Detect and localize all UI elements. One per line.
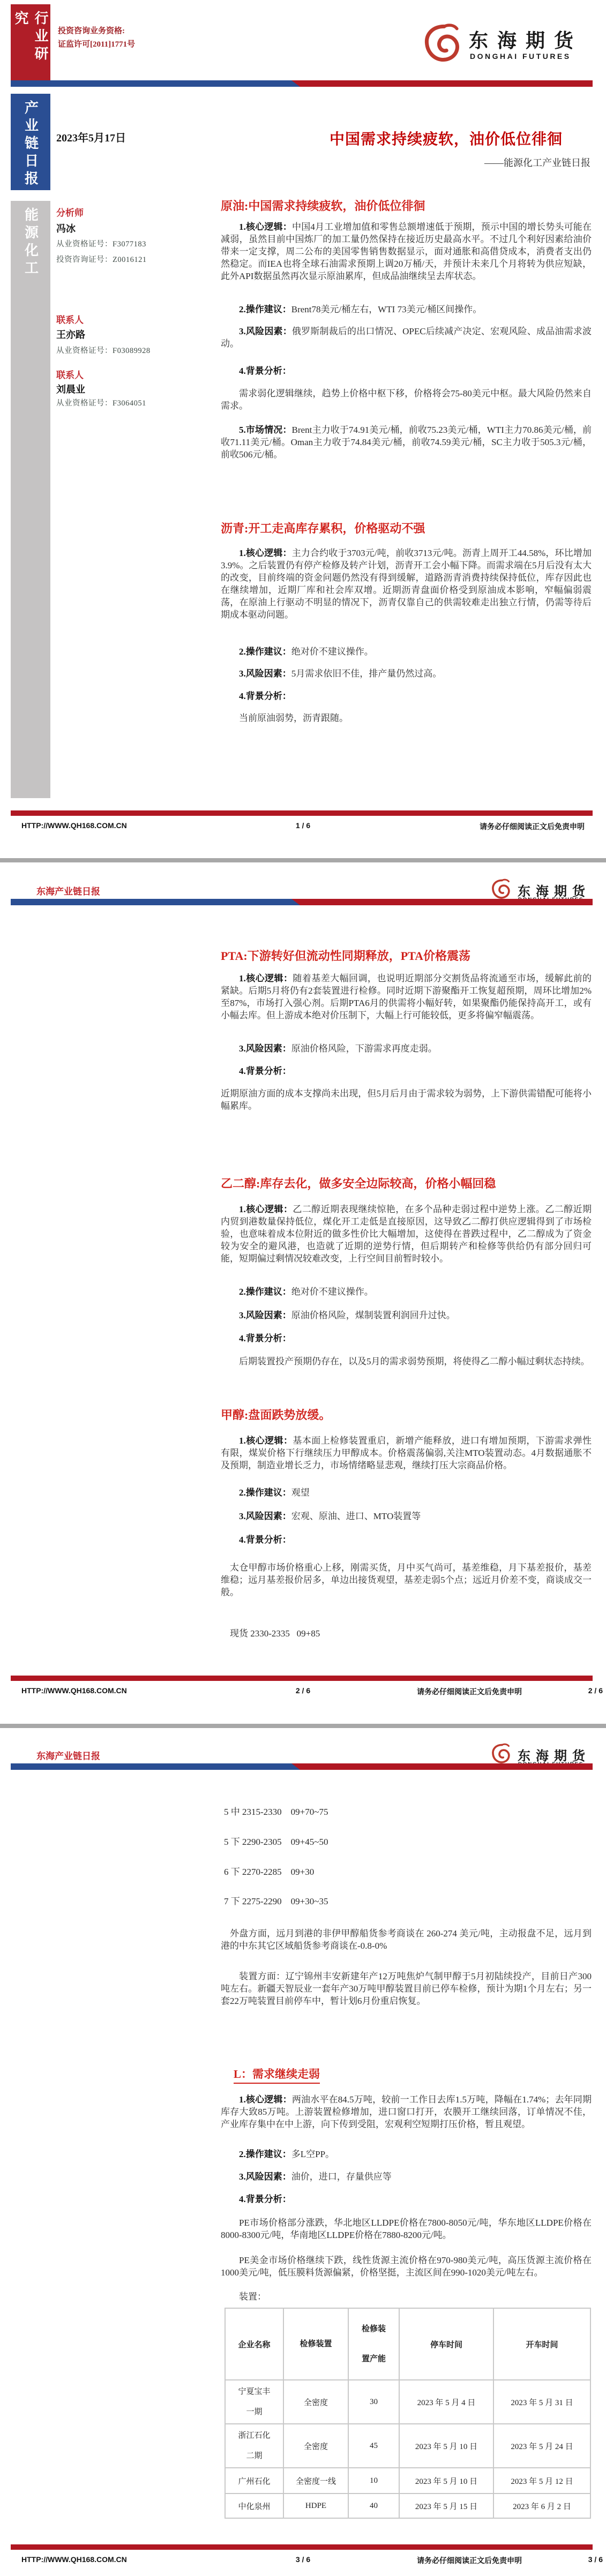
crude-advice: 2.操作建议：Brent78美元/桶左右，WTI 73美元/桶区间操作。 [221, 303, 592, 316]
item-label: 2.操作建议： [239, 647, 291, 657]
report-page-3: 东海产业链日报 东海期货 DONGHAI FUTURES 5 中 2315-23… [0, 1728, 606, 2576]
meg-risk: 3.风险因素：原油价格风险，煤制装置利润回升过快。 [221, 1309, 592, 1321]
col-stop-time: 停车时间 [399, 2308, 493, 2380]
footer-url: HTTP://WWW.QH168.COM.CN [21, 2555, 127, 2564]
cell-stop-time: 2023 年 5 月 4 日 [399, 2380, 493, 2424]
item-label: 3.风险因素： [239, 1043, 291, 1054]
sidebar-tab-chain-daily: 产业链日报 [11, 94, 50, 190]
item-label: 1.核心逻辑： [239, 548, 292, 558]
cell-start-time: 2023 年 5 月 31 日 [493, 2380, 590, 2424]
item-label: 3.风险因素： [239, 1511, 291, 1521]
item-text: Brent78美元/桶左右，WTI 73美元/桶区间操作。 [291, 304, 482, 314]
pta-core-logic: 1.核心逻辑：随着基差大幅回调，也说明近期部分交割货品将流通至市场，缓解此前的紧… [221, 972, 592, 1022]
cell-capacity: 30 [348, 2380, 399, 2424]
cell-unit: 全密度 [283, 2424, 348, 2468]
sidebar-tab-energy-chem: 能源化工 [11, 201, 50, 798]
page-header-title: 东海产业链日报 [36, 884, 100, 897]
item-label: 3.风险因素： [239, 1310, 291, 1320]
crude-core-logic: 1.核心逻辑：中国4月工业增加值和零售总额增速低于预期，预示中国的增长势头可能在… [221, 221, 592, 282]
meg-background-label: 4.背景分析： [221, 1332, 592, 1345]
cell-start-time: 2023 年 6 月 2 日 [493, 2494, 590, 2518]
lldpe-heading: L：需求继续走弱 [234, 2066, 320, 2084]
footer-bar [11, 810, 593, 816]
sidebar-tab-industry-research: 行业研究 [11, 4, 50, 80]
header-bar-blue [11, 1763, 300, 1770]
report-date: 2023年5月17日 [56, 129, 126, 145]
col-capacity: 检修装 置产能 [348, 2308, 399, 2380]
item-label: 5.市场情况： [239, 425, 292, 435]
item-text: 多L空PP。 [291, 2149, 334, 2159]
pe-usd-para: PE美金市场价格继续下跌，线性货源主流价格在970-980美元/吨，高压货源主流… [221, 2254, 592, 2279]
donghai-dragon-logo-icon [422, 21, 467, 67]
table-header-row: 企业名称 检修装置 检修装 置产能 停车时间 开车时间 [225, 2308, 590, 2380]
item-label: 1.核心逻辑： [239, 973, 293, 983]
footer-url: HTTP://WWW.QH168.COM.CN [21, 821, 127, 830]
item-label: 2.操作建议： [239, 2149, 291, 2159]
page-header-title: 东海产业链日报 [36, 1748, 100, 1762]
footer-url: HTTP://WWW.QH168.COM.CN [21, 1686, 127, 1695]
pta-background-label: 4.背景分析： [221, 1065, 592, 1077]
methanol-risk: 3.风险因素：宏观、原油、进口、MTO装置等 [221, 1510, 592, 1522]
asphalt-advice: 2.操作建议：绝对价不建议操作。 [221, 645, 592, 658]
cell-unit: 全密度一线 [283, 2468, 348, 2494]
report-subtitle: ——能源化工产业链日报 [423, 155, 590, 169]
item-label: 1.核心逻辑： [239, 1436, 293, 1446]
item-text: 原油价格风险，煤制装置利润回升过快。 [291, 1310, 455, 1320]
item-label: 3.风险因素： [239, 2172, 291, 2182]
page-number-right: 2 / 6 [588, 1686, 603, 1695]
report-page-1: 行业研究 投资咨询业务资格: 证监许可[2011]1771号 东海期货 DONG… [0, 0, 606, 858]
footer-bar [11, 2544, 593, 2550]
item-text: 观望 [291, 1488, 310, 1498]
item-label: 1.核心逻辑： [239, 2094, 292, 2105]
device-table-label: 装置： [221, 2290, 592, 2303]
methanol-price-line: 5 中 2315-2330 09+70~75 [224, 1806, 595, 1818]
item-text: 绝对价不建议操作。 [291, 647, 373, 657]
asphalt-core-logic: 1.核心逻辑：主力合约收于3703元/吨，前收3713元/吨。沥青上周开工44.… [221, 547, 592, 621]
asphalt-background-text: 当前原油弱势，沥青跟随。 [221, 712, 592, 724]
methanol-advice: 2.操作建议：观望 [221, 1486, 592, 1499]
lldpe-risk: 3.风险因素：油价，进口，存量供应等 [221, 2171, 592, 2183]
pe-market-para: PE市场价格部分涨跌，华北地区LLDPE价格在7800-8050元/吨，华东地区… [221, 2217, 592, 2241]
item-text: 主力合约收于3703元/吨，前收3713元/吨。沥青上周开工44.58%，环比增… [221, 548, 592, 620]
table-row: 浙江石化 二期 全密度 45 2023 年 5 月 10 日 2023 年 5 … [225, 2424, 590, 2468]
methanol-external-market: 外盘方面，远月到港的非伊甲醇船货参考商谈在 260-274 美元/吨，主动报盘不… [221, 1927, 592, 1952]
item-label: 3.风险因素： [239, 669, 291, 679]
analyst-name: 冯冰 [56, 221, 76, 235]
contact-role: 联系人 [56, 367, 84, 381]
footer-bar [11, 1676, 593, 1681]
sidebar-tab-label: 能源化工 [21, 207, 41, 278]
item-label: 2.操作建议： [239, 1287, 291, 1297]
item-label: 2.操作建议： [239, 1488, 291, 1498]
footer-disclaimer: 请务必仔细阅读正文后免责申明 [417, 2555, 522, 2566]
col-company: 企业名称 [225, 2308, 283, 2380]
cell-stop-time: 2023 年 5 月 15 日 [399, 2494, 493, 2518]
item-label: 2.操作建议： [239, 304, 291, 314]
methanol-price-line: 7 下 2275-2290 09+30~35 [224, 1895, 595, 1907]
methanol-background-label: 4.背景分析： [221, 1534, 592, 1546]
methanol-background-text: 太仓甲醇市场价格重心上移，刚需买货，月中买气尚可，基差维稳，月下基差报价，基差维… [221, 1561, 592, 1598]
cell-capacity: 10 [348, 2468, 399, 2494]
methanol-core-logic: 1.核心逻辑：基本面上检修装置重启，新增产能释放，进口有增加预期，下游需求弹性有… [221, 1435, 592, 1471]
page-divider [0, 858, 606, 862]
crude-background-label: 4.背景分析： [221, 365, 592, 377]
analyst-role: 分析师 [56, 205, 84, 219]
meg-advice: 2.操作建议：绝对价不建议操作。 [221, 1286, 592, 1298]
cell-unit: HDPE [283, 2494, 348, 2518]
cell-start-time: 2023 年 5 月 12 日 [493, 2468, 590, 2494]
cell-company: 中化泉州 [225, 2494, 283, 2518]
license-line1: 投资咨询业务资格: [58, 25, 135, 38]
item-label: 3.风险因素： [239, 326, 292, 336]
cell-start-time: 2023 年 5 月 24 日 [493, 2424, 590, 2468]
cell-capacity: 45 [348, 2424, 399, 2468]
item-text: 原油价格风险，下游需求再度走弱。 [291, 1043, 437, 1054]
table-row: 广州石化 全密度一线 10 2023 年 5 月 10 日 2023 年 5 月… [225, 2468, 590, 2494]
footer-disclaimer: 请务必仔细阅读正文后免责申明 [417, 1686, 522, 1697]
report-page-2: 东海产业链日报 东海期货 DONGHAI FUTURES PTA:下游转好但流动… [0, 862, 606, 1724]
methanol-price-line: 5 下 2290-2305 09+45~50 [224, 1836, 595, 1848]
col-start-time: 开车时间 [493, 2308, 590, 2380]
item-label: 4.背景分析： [239, 691, 291, 701]
contact-cert: 从业资格证号：F03089928 [56, 344, 151, 356]
cell-company: 宁夏宝丰 一期 [225, 2380, 283, 2424]
table-row: 中化泉州 HDPE 40 2023 年 5 月 15 日 2023 年 6 月 … [225, 2494, 590, 2518]
page-divider [0, 1724, 606, 1728]
lldpe-core-logic: 1.核心逻辑：两油水平在84.5万吨，较前一工作日去库1.5万吨，降幅在1.74… [221, 2093, 592, 2130]
crude-market: 5.市场情况：Brent主力收于74.91美元/桶，前收75.23美元/桶，WT… [221, 424, 592, 461]
lldpe-background-label: 4.背景分析： [221, 2193, 592, 2205]
asphalt-heading: 沥青:开工走高库存累积，价格驱动不强 [221, 520, 425, 536]
item-label: 4.背景分析： [239, 1535, 291, 1545]
cell-company: 浙江石化 二期 [225, 2424, 283, 2468]
table-row: 宁夏宝丰 一期 全密度 30 2023 年 5 月 4 日 2023 年 5 月… [225, 2380, 590, 2424]
item-label: 1.核心逻辑： [239, 222, 292, 232]
lldpe-advice: 2.操作建议：多L空PP。 [221, 2148, 592, 2160]
methanol-spot-line: 现货 2330-2335 09+85 [221, 1627, 592, 1640]
cell-stop-time: 2023 年 5 月 10 日 [399, 2424, 493, 2468]
asphalt-risk: 3.风险因素：5月需求依旧不佳，排产量仍然过高。 [221, 667, 592, 680]
header-bar-blue [11, 899, 300, 905]
item-label: 4.背景分析： [239, 1333, 291, 1343]
contact-name: 王亦路 [56, 327, 85, 341]
cell-stop-time: 2023 年 5 月 10 日 [399, 2468, 493, 2494]
header-bar-blue [11, 80, 300, 87]
crude-risk: 3.风险因素：俄罗斯制裁后的出口情况、OPEC后续减产决定、宏观风险、成品油需求… [221, 325, 592, 350]
methanol-price-line: 6 下 2270-2285 09+30 [224, 1866, 595, 1878]
pta-background-text: 近期原油方面的成本支撑尚未出现，但5月后月由于需求较为弱势，上下游供需错配可能将… [221, 1087, 592, 1112]
contact-role: 联系人 [56, 312, 84, 326]
contact-cert: 从业资格证号：F3064051 [56, 397, 146, 408]
item-label: 4.背景分析： [239, 366, 291, 376]
methanol-heading: 甲醇:盘面跌势放缓。 [221, 1406, 331, 1423]
item-text: 宏观、原油、进口、MTO装置等 [291, 1511, 421, 1521]
brand-name-en: DONGHAI FUTURES [470, 52, 571, 61]
item-text: 绝对价不建议操作。 [291, 1287, 373, 1297]
item-label: 4.背景分析： [239, 2194, 291, 2204]
pta-risk: 3.风险因素：原油价格风险，下游需求再度走弱。 [221, 1042, 592, 1055]
cell-capacity: 40 [348, 2494, 399, 2518]
methanol-device-news: 装置方面：辽宁锦州丰安新建年产12万吨焦炉气制甲醇于5月初陆续投产，目前日产30… [221, 1970, 592, 2007]
asphalt-background-label: 4.背景分析： [221, 690, 592, 702]
item-text: 油价，进口，存量供应等 [291, 2172, 392, 2182]
maintenance-table: 企业名称 检修装置 检修装 置产能 停车时间 开车时间 宁夏宝丰 一期 全密度 … [225, 2308, 591, 2519]
sidebar-tab-label: 产业链日报 [21, 100, 41, 189]
report-title: 中国需求持续疲软，油价低位徘徊 [300, 127, 592, 149]
license-block: 投资咨询业务资格: 证监许可[2011]1771号 [58, 25, 135, 51]
crude-oil-heading: 原油:中国需求持续疲软，油价低位徘徊 [221, 197, 425, 214]
item-label: 1.核心逻辑： [239, 1204, 293, 1214]
pta-heading: PTA:下游转好但流动性同期释放，PTA价格震荡 [221, 947, 470, 964]
page-number-right: 3 / 6 [588, 2555, 603, 2564]
item-text: 5月需求依旧不佳，排产量仍然过高。 [291, 669, 442, 679]
contact-name: 刘晨业 [56, 382, 85, 396]
meg-core-logic: 1.核心逻辑：乙二醇近期表现继续惊艳，在多个品种走弱过程中逆势上涨。乙二醇近期内… [221, 1203, 592, 1265]
license-line2: 证监许可[2011]1771号 [58, 38, 135, 51]
analyst-cert: 从业资格证号：F3077183 [56, 238, 146, 249]
meg-background-text: 后期装置投产预期仍存在，以及5月的需求弱势预期，将使得乙二醇小幅过剩状态持续。 [221, 1355, 592, 1368]
footer-disclaimer: 请务必仔细阅读正文后免责申明 [480, 821, 585, 832]
col-unit: 检修装置 [283, 2308, 348, 2380]
sidebar-tab-label: 行业研究 [11, 11, 50, 80]
cell-company: 广州石化 [225, 2468, 283, 2494]
meg-heading: 乙二醇:库存去化，做多安全边际较高，价格小幅回稳 [221, 1175, 496, 1191]
crude-background-text: 需求弱化逻辑继续，趋势上价格中枢下移，价格将会75-80美元中枢。最大风险仍然来… [221, 387, 592, 412]
analyst-cert: 投资咨询证号：Z0016121 [56, 253, 147, 265]
brand-name-cn: 东海期货 [469, 26, 582, 53]
item-label: 4.背景分析： [239, 1066, 291, 1076]
cell-unit: 全密度 [283, 2380, 348, 2424]
